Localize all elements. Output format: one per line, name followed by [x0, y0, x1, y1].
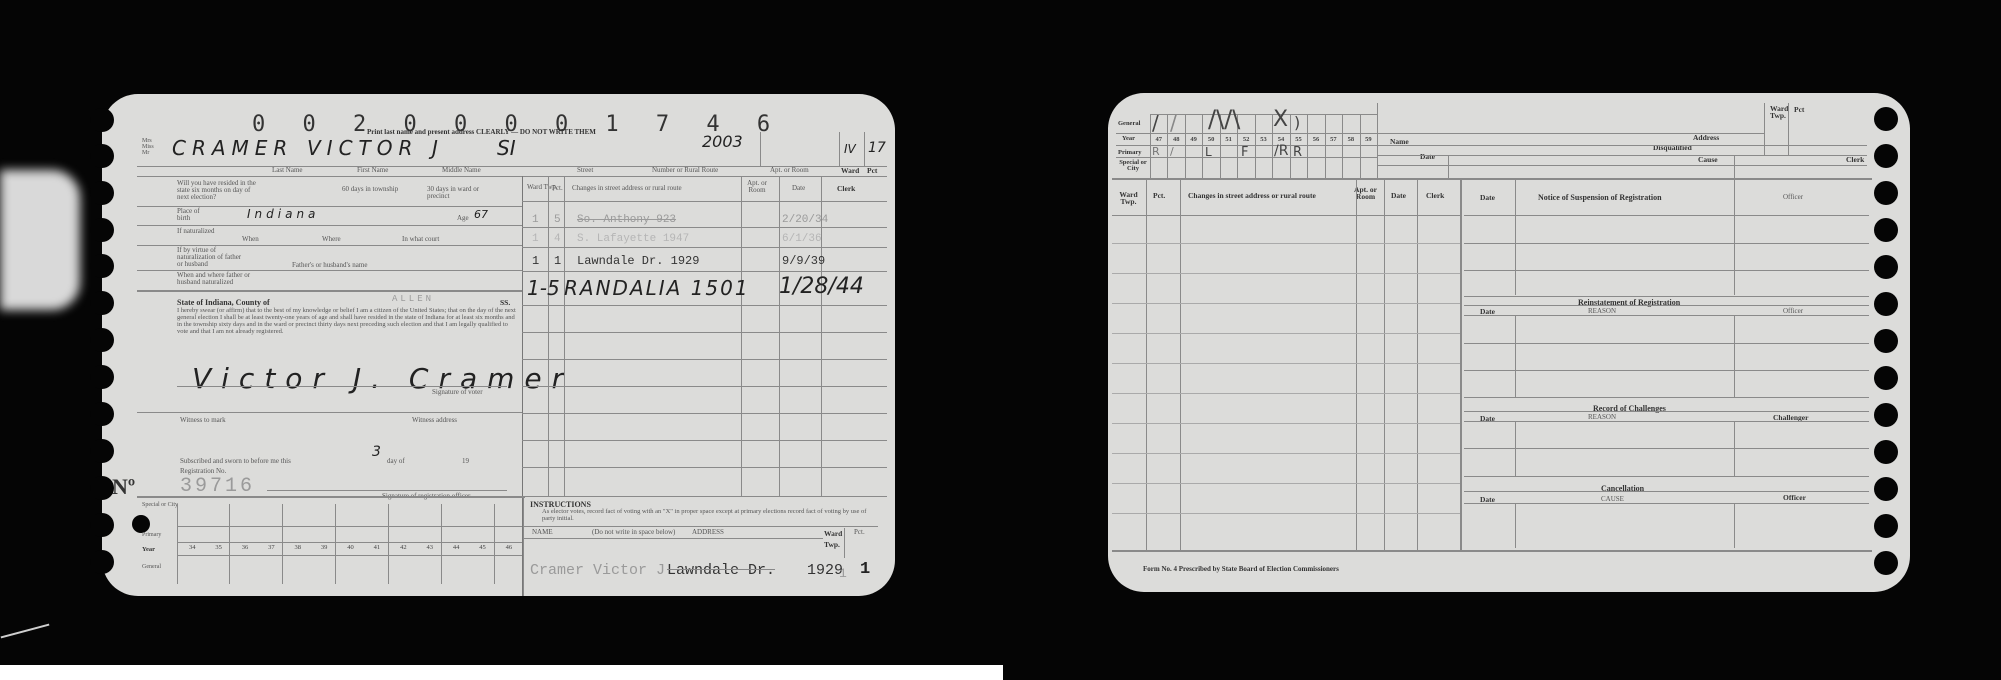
punch-hole-small: [132, 515, 150, 533]
instructions-address-label: ADDRESS: [692, 528, 724, 536]
punch-hole: [1874, 403, 1898, 427]
col-clerk: Clerk: [1426, 191, 1444, 200]
naturalized-court: In what court: [402, 235, 439, 243]
vote-mark: F: [1241, 145, 1248, 160]
header-instruction: Print last name and present address CLEA…: [367, 128, 596, 136]
label-number: Number or Rural Route: [652, 166, 718, 174]
pct-value: 17: [868, 140, 886, 156]
signature-label: Signature of voter: [432, 388, 483, 396]
label-street: Street: [577, 166, 593, 174]
punch-hole: [1874, 440, 1898, 464]
grid-label-special: Special or City: [142, 502, 170, 508]
punch-hole: [1874, 366, 1898, 390]
oath-heading: State of Indiana, County of: [177, 298, 270, 307]
row2-address: S. Lafayette 1947: [577, 233, 689, 245]
grid-label-year: Year: [1122, 135, 1135, 142]
no-symbol: Nº: [112, 474, 135, 500]
grid-label-special: Special or City: [1118, 160, 1148, 172]
punch-hole: [1874, 218, 1898, 242]
county-value: ALLEN: [392, 294, 434, 304]
year-19-label: 19: [462, 457, 469, 465]
col-ward-twp: Ward Twp.: [1116, 191, 1141, 205]
ss-label: SS.: [500, 298, 510, 307]
age-label: Age: [457, 214, 469, 222]
registration-label: Registration No.: [180, 467, 226, 475]
punch-hole: [90, 476, 114, 500]
punch-hole: [90, 181, 114, 205]
col-pct: Pct.: [1153, 191, 1165, 200]
witness-mark-label: Witness to mark: [180, 416, 226, 424]
row3-pct: 1: [554, 254, 561, 268]
suspension-title: Notice of Suspension of Registration: [1538, 193, 1662, 202]
punch-hole: [90, 328, 114, 352]
handwritten-first-name: VICTOR: [307, 136, 418, 160]
father-naturalized-label: When and where father or husband natural…: [177, 272, 252, 286]
handwritten-middle-name: J: [432, 136, 438, 160]
reinstatement-reason-label: REASON: [1588, 307, 1616, 315]
vote-mark: /: [1170, 111, 1177, 135]
footer-street: Lawndale Dr.: [667, 562, 775, 579]
row1-date: 2/20/34: [782, 214, 828, 226]
punch-hole: [1874, 144, 1898, 168]
label-ward: Ward: [841, 166, 859, 175]
punch-hole: [1874, 477, 1898, 501]
instructions-name-label: NAME: [532, 528, 553, 536]
col-address-change: Changes in street address or rural route: [1188, 191, 1316, 200]
col-date: Date: [792, 184, 805, 192]
oath-text: I hereby swear (or affirm) that to the b…: [177, 307, 517, 335]
footer-pct: 1: [860, 560, 870, 579]
row3-address: Lawndale Dr. 1929: [577, 254, 699, 268]
naturalized-where: Where: [322, 235, 341, 243]
punch-hole: [90, 254, 114, 278]
subscribed-text: Subscribed and sworn to before me this: [180, 457, 291, 465]
row1-pct: 5: [554, 214, 561, 226]
row2-date: 6/1/36: [782, 233, 822, 245]
blurred-paper-edge: [0, 170, 80, 310]
birth-value: Indiana: [247, 207, 319, 221]
grid-label-general: General: [142, 564, 161, 570]
title-prefix-labels: Mrs Miss Mr: [142, 138, 154, 156]
residency-precinct: 30 days in ward or precinct: [427, 186, 487, 200]
punch-hole: [1874, 514, 1898, 538]
grid-label-primary: Primary: [142, 532, 161, 538]
punch-hole: [90, 513, 114, 537]
residency-question: Will you have resided in the state six m…: [177, 180, 262, 201]
age-value: 67: [474, 208, 488, 221]
label-pct: Pct: [867, 166, 877, 175]
row3-ward: 1: [532, 254, 539, 268]
row1-ward: 1: [532, 214, 539, 226]
disq-date-label: Date: [1420, 152, 1435, 161]
vote-mark: /: [1170, 145, 1174, 158]
instructions-pct-label: Pct.: [854, 528, 865, 536]
suspension-date-label: Date: [1480, 193, 1495, 202]
vote-mark: R: [1152, 145, 1160, 158]
col-clerk: Clerk: [837, 184, 855, 193]
label-middle-name: Middle Name: [442, 166, 481, 174]
ward-value: IV: [844, 142, 856, 156]
day-of-label: day of: [387, 457, 405, 465]
subscribed-day: 3: [372, 444, 381, 460]
punch-hole: [1874, 329, 1898, 353]
vote-mark: /: [1152, 111, 1159, 135]
naturalized-when: When: [242, 235, 259, 243]
punch-hole: [90, 550, 114, 574]
punch-hole: [90, 218, 114, 242]
instructions-text: As elector votes, record fact of voting …: [542, 508, 872, 522]
footer-ward: 1: [839, 566, 847, 581]
vote-mark: L: [1205, 145, 1212, 159]
row2-pct: 4: [554, 233, 561, 245]
punch-hole: [1874, 107, 1898, 131]
punch-hole: [1874, 255, 1898, 279]
disq-clerk-label: Clerk: [1846, 155, 1864, 164]
disq-cause-label: Cause: [1698, 155, 1718, 164]
form-footer: Form No. 4 Prescribed by State Board of …: [1143, 565, 1339, 573]
year-row-left: 34 35 36 37 38 39 40 41 42 43 44 45 46: [179, 544, 522, 551]
vote-mark: X: [1273, 107, 1288, 132]
grid-label-primary: Primary: [1118, 149, 1141, 156]
punch-hole: [1874, 181, 1898, 205]
punch-hole: [90, 144, 114, 168]
white-margin-strip: [0, 665, 1003, 680]
instructions-note: (Do not write in space below): [592, 528, 675, 536]
col-address-change: Changes in street address or rural route: [572, 184, 682, 192]
footer-voter-name: Cramer Victor J.: [530, 562, 674, 579]
col-apt: Apt. or Room: [747, 180, 767, 194]
cancellation-cause-label: CAUSE: [1601, 495, 1624, 503]
punch-hole: [90, 402, 114, 426]
label-first-name: First Name: [357, 166, 388, 174]
registration-card-front: 0 0 2 0 0 0 0 1 7 4 6 Print last name an…: [102, 94, 895, 596]
col-pct: Pct.: [552, 184, 563, 192]
vote-mark: R: [1293, 145, 1302, 160]
voter-signature: Victor J. Cramer: [192, 362, 573, 395]
grid-label-general: General: [1118, 120, 1140, 127]
handwritten-number: 2003: [702, 132, 743, 151]
footer-number: 1929: [807, 562, 843, 579]
punch-hole: [90, 108, 114, 132]
vote-mark: /\/\: [1208, 105, 1240, 133]
punch-hole: [1874, 551, 1898, 575]
challenges-reason-label: REASON: [1588, 413, 1616, 421]
punch-hole: [90, 365, 114, 389]
registration-card-back: General Year Primary Special or City 47 …: [1108, 93, 1910, 592]
naturalized-label: If naturalized: [177, 228, 217, 235]
reinstatement-officer-label: Officer: [1783, 307, 1803, 315]
col-date: Date: [1391, 191, 1406, 200]
row4-ward-pct: 1-5: [527, 276, 560, 300]
handwritten-street: SI: [497, 136, 516, 160]
label-apt: Apt. or Room: [770, 166, 809, 174]
residency-township: 60 days in township: [342, 186, 402, 193]
punch-hole: [1874, 292, 1898, 316]
vote-mark: /R: [1274, 143, 1288, 159]
disq-ward-label: Ward Twp.: [1770, 105, 1790, 119]
father-name-label: Father's or husband's name: [292, 261, 367, 269]
virtue-label: If by virtue of naturalization of father…: [177, 247, 247, 268]
instructions-ward-label: Ward Twp.: [824, 528, 840, 550]
row3-date: 9/9/39: [782, 254, 825, 268]
vote-mark: ): [1294, 113, 1300, 132]
birth-label: Place of birth: [177, 208, 207, 222]
disq-address-label: Address: [1693, 133, 1719, 142]
punch-hole: [90, 291, 114, 315]
registration-number: 39716: [180, 475, 255, 498]
witness-address-label: Witness address: [412, 416, 457, 424]
grid-label-year: Year: [142, 546, 155, 553]
label-last-name: Last Name: [272, 166, 303, 174]
cancellation-officer-label: Officer: [1783, 493, 1806, 502]
disq-pct-label: Pct: [1794, 105, 1804, 114]
suspension-officer-label: Officer: [1783, 193, 1803, 201]
handwritten-last-name: CRAMER: [172, 136, 293, 160]
row1-address: So. Anthony 923: [577, 214, 676, 226]
punch-hole: [90, 439, 114, 463]
film-scratch: [1, 624, 50, 639]
row4-address: RANDALIA 1501: [564, 276, 750, 300]
row4-date: 1/28/44: [779, 274, 864, 299]
row2-ward: 1: [532, 233, 539, 245]
